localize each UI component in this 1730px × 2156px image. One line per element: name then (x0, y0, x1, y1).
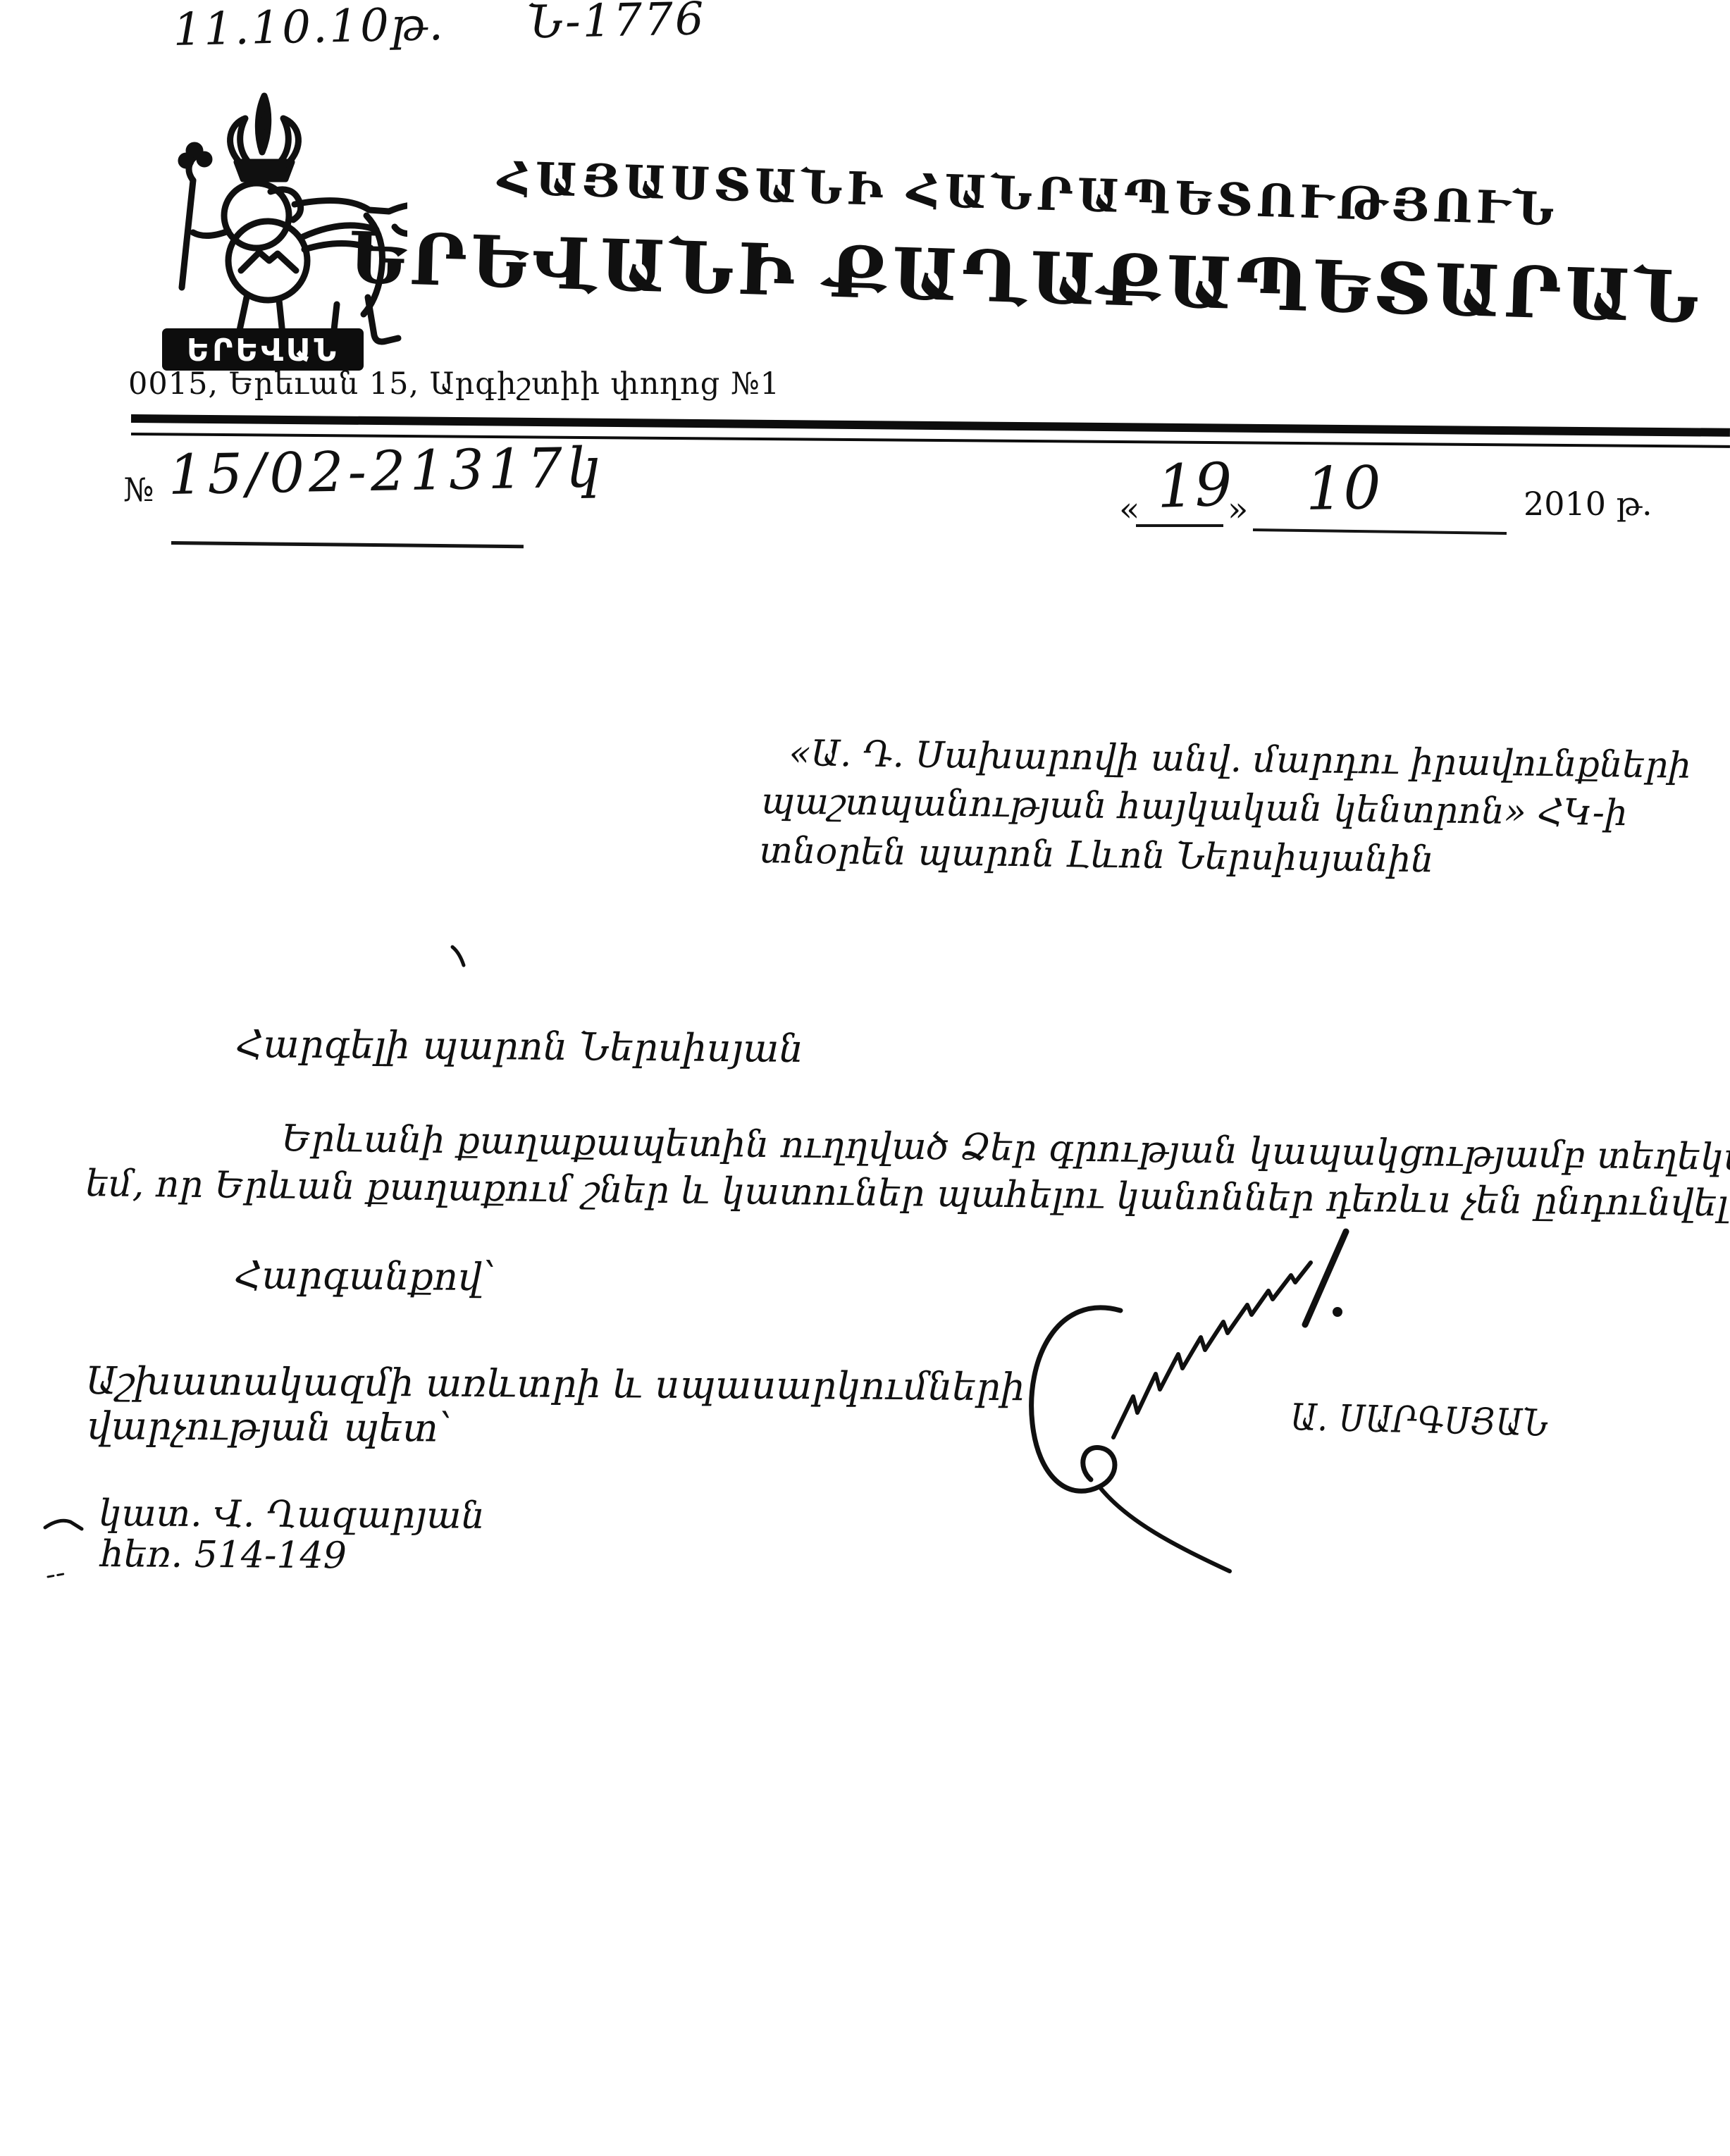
executor-line: կատ. Վ. Ղազարյան (99, 1492, 485, 1537)
handwritten-number-mark: Ն-1776 (527, 0, 707, 49)
separator-rule-thick (131, 414, 1730, 437)
closing-phrase: Հարգանքով՝ (234, 1253, 496, 1299)
date-close-quote: » (1228, 490, 1248, 529)
date-day-handwritten: 19 (1156, 450, 1233, 521)
letterhead: ՀԱՅԱՍՏԱՆԻ ՀԱՆՐԱՊԵՏՈՒԹՅՈՒՆ ԵՐԵՎԱՆԻ ՔԱՂԱՔԱ… (320, 147, 1730, 340)
date-open-quote: « (1119, 490, 1139, 529)
date-month-handwritten: 10 (1305, 453, 1382, 523)
signer-title-line-2: վարչության պետ՝ (87, 1404, 452, 1451)
addressee-line-2: պաշտպանության հայկական կենտրոն» ՀԿ-ի (760, 781, 1628, 834)
signer-name: Ա. ՍԱՐԳՍՅԱՆ (1290, 1396, 1550, 1445)
addressee-line-1: «Ա. Դ. Սախարովի անվ. մարդու իրավունքների (789, 733, 1691, 787)
margin-pencil-marks (39, 1512, 96, 1590)
addressee-line-3: տնօրեն պարոն Լևոն Ներսիսյանին (759, 830, 1434, 881)
date-year: 2010 թ. (1524, 485, 1652, 523)
phone-line: հեռ. 514-149 (101, 1533, 347, 1577)
ref-number-underline (171, 541, 524, 548)
scanned-letter-page: 11.10.10թ. Ն-1776 (0, 0, 1730, 2156)
ref-number-value: 15/02-21317կ (168, 436, 606, 507)
ref-number-label: № (123, 471, 154, 509)
logo-banner-text: ԵՐԵՎԱՆ (187, 333, 339, 368)
date-day-underline (1136, 524, 1223, 527)
handwritten-registration-note: 11.10.10թ. Ն-1776 (173, 0, 706, 56)
signer-title-line-1: Աշխատակազմի առևտրի և սպասարկումների (86, 1358, 1025, 1409)
salutation: Հարգելի պարոն Ներսիսյան (235, 1022, 803, 1071)
stray-pen-mark (448, 944, 472, 969)
date-month-underline (1253, 528, 1507, 535)
letterhead-address: 0015, Երեւան 15, Արգիշտիի փողոց №1 (128, 366, 780, 402)
handwritten-date-mark: 11.10.10թ. (173, 0, 445, 56)
